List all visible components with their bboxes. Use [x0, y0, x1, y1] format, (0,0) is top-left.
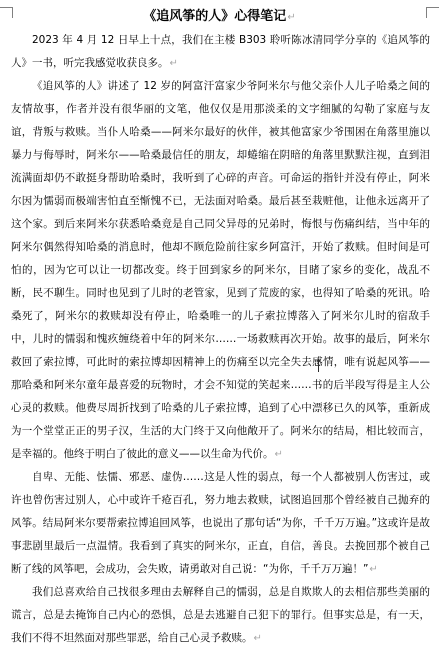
paragraph[interactable]: 《追风筝的人》讲述了 12 岁的阿富汗富家少爷阿米尔与他父亲仆人儿子哈桑之间的友… — [11, 75, 430, 466]
paragraph-text: 《追风筝的人》讲述了 12 岁的阿富汗富家少爷阿米尔与他父亲仆人儿子哈桑之间的友… — [11, 80, 430, 460]
paragraph-mark-icon: ↵ — [170, 52, 178, 75]
paragraph-text: 2023 年 4 月 12 日早上十点，我们在主楼 B303 聆听陈冰清同学分享… — [11, 34, 430, 69]
paragraph-mark-icon: ↵ — [369, 558, 377, 581]
paragraph-text: 自卑、无能、怯懦、邪恶、虚伪……这是人性的弱点，每一个人都被别人伤害过，或许也曾… — [11, 471, 430, 575]
document-title-text: 《追风筝的人》心得笔记 — [143, 9, 286, 24]
paragraph-mark-icon: ↵ — [275, 443, 283, 466]
paragraph-text: 我们总喜欢给自己找很多理由去解释自己的懦弱，总是自欺欺人的去相信那些美丽的谎言，… — [11, 586, 430, 644]
paragraph[interactable]: 我们总喜欢给自己找很多理由去解释自己的懦弱，总是自欺欺人的去相信那些美丽的谎言，… — [11, 581, 430, 650]
paragraph[interactable]: 自卑、无能、怯懦、邪恶、虚伪……这是人性的弱点，每一个人都被别人伤害过，或许也曾… — [11, 466, 430, 581]
paragraph-mark-icon: ↵ — [287, 6, 295, 29]
paragraph[interactable]: 2023 年 4 月 12 日早上十点，我们在主楼 B303 聆听陈冰清同学分享… — [11, 29, 430, 75]
paragraph-mark-icon: ↵ — [254, 627, 262, 650]
document-page: 《追风筝的人》心得笔记↵ 2023 年 4 月 12 日早上十点，我们在主楼 B… — [0, 5, 439, 671]
document-title[interactable]: 《追风筝的人》心得笔记↵ — [11, 5, 428, 29]
document-body[interactable]: 2023 年 4 月 12 日早上十点，我们在主楼 B303 聆听陈冰清同学分享… — [0, 29, 439, 650]
text-boundary-corner-left-icon — [0, 7, 13, 18]
text-boundary-corner-right-icon — [426, 7, 439, 18]
text-caret — [318, 359, 319, 372]
